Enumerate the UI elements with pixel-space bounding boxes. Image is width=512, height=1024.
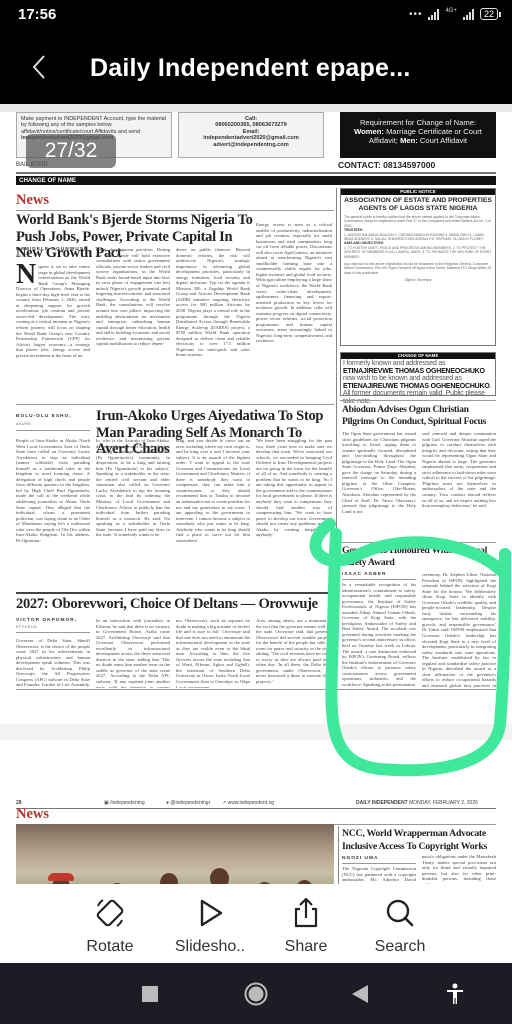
article-column: lu, who is the Asiwaju of Irun-Akoko, de… xyxy=(96,438,170,586)
article-column: ceremony, Dr. Stephen Udezi, National Pr… xyxy=(422,572,496,688)
status-bar: 17:56 ••• 4G+ 22 xyxy=(0,0,512,34)
page-counter: 27/32 xyxy=(26,134,116,168)
article-column: Area, among others, are a testament to t… xyxy=(256,618,332,688)
article-column: People of Irun-Akoko in Akoko North West… xyxy=(16,438,90,586)
slideshow-button[interactable]: Slidesho.. xyxy=(160,896,260,956)
article-text: In an interaction with journalists in Ef… xyxy=(96,618,170,688)
women-label: Women: xyxy=(354,127,384,136)
article-text: In a remarkable recognition of his admin… xyxy=(342,582,416,687)
trustees-list: 1. ADEBISI SALAMON ADAGUN 2. CHIDIMA EMM… xyxy=(344,233,492,242)
twitter-text: @independentngr xyxy=(170,800,210,806)
article-column: tional development priorities. During th… xyxy=(96,247,170,399)
article-byline: VICTOR OKPOMOR, xyxy=(16,618,77,623)
article-text: Area, among others, are a testament to t… xyxy=(256,618,332,684)
website-text: www.independent.ng xyxy=(228,800,274,806)
previous-section-strip xyxy=(0,104,512,112)
signed-text: Signed: Secretary xyxy=(344,278,492,282)
article-column: In an interaction with journalists in Ef… xyxy=(96,618,170,688)
photo-figure xyxy=(48,873,74,881)
article-column: Nigeria is set to take centre stage in g… xyxy=(16,264,90,399)
share-button[interactable]: Share xyxy=(256,896,356,956)
article-text: The Ogun State government has issued str… xyxy=(342,431,416,514)
chevron-left-icon xyxy=(30,52,48,82)
requirement-title: Requirement for Change of Name: xyxy=(360,118,476,127)
article-byline: BAMIDELE OGUNWUSI xyxy=(16,247,86,252)
search-button[interactable]: Search xyxy=(350,896,450,956)
battery-icon: 22 xyxy=(480,8,498,20)
article-column: soul renewal and deeper communion with G… xyxy=(422,431,496,541)
article-text: lu, who is the Asiwaju of Irun-Akoko, de… xyxy=(96,438,170,537)
more-dots-icon: ••• xyxy=(409,9,423,20)
accessibility-button[interactable] xyxy=(446,983,464,1010)
issue-date: MONDAY, FEBRUARY 2, 2026 xyxy=(409,800,478,806)
article-text: ceremony, Dr. Stephen Udezi, National Pr… xyxy=(422,572,496,688)
section-label-news: News xyxy=(16,192,49,209)
article-column: Governor of Delta State, Sheriff Oborevw… xyxy=(16,638,90,688)
column-divider xyxy=(336,188,337,688)
triangle-back-icon xyxy=(352,985,368,1003)
email-1: independentadvert2020@gmail.com xyxy=(203,135,299,141)
new-name: ETIENAJIREUWE THOMAS OGHENEOCHUKO xyxy=(343,383,490,390)
article-column: king, and you decide to carve out an are… xyxy=(176,438,250,586)
recents-button[interactable] xyxy=(142,986,158,1007)
change-of-name-notice: CHANGE OF NAME I formerly known and addr… xyxy=(340,352,496,396)
slideshow-label: Slidesho.. xyxy=(160,938,260,956)
facebook-handle: ▣ /independentng xyxy=(104,800,145,806)
rotate-icon xyxy=(93,896,127,930)
article-text: Energy access is seen as a critical enab… xyxy=(256,222,332,343)
play-icon xyxy=(193,896,227,930)
public-notice-box: PUBLIC NOTICE ASSOCIATION OF ESTATE AND … xyxy=(340,188,496,346)
website: ↗ www.independent.ng xyxy=(222,800,274,806)
divider xyxy=(16,430,90,431)
objection-text: Any objection to this above registration… xyxy=(344,262,492,275)
public-notice-body: The general public is hereby notified th… xyxy=(341,215,495,283)
status-time: 17:56 xyxy=(18,6,56,23)
article-text: nor Oborevwori, such an aspirant no doub… xyxy=(176,618,250,688)
former-name: ETINAJIREVWE THOMAS OGHENEOCHUKO xyxy=(343,368,485,375)
men-label: Men: xyxy=(400,136,418,145)
article-text: pacts's obligations under the Marrakesh … xyxy=(422,854,496,887)
article-dateline: LAGOS xyxy=(16,254,31,258)
name-change-requirement-box: Requirement for Change of Name: Women: M… xyxy=(340,112,496,158)
article-column: Energy access is seen as a critical enab… xyxy=(256,222,332,399)
app-title: Daily Independent epape... xyxy=(90,54,411,83)
article-column: In a remarkable recognition of his admin… xyxy=(342,582,416,688)
rotate-button[interactable]: Rotate xyxy=(60,896,160,956)
home-button[interactable] xyxy=(244,982,268,1011)
divider xyxy=(16,592,334,594)
divider xyxy=(16,808,496,809)
article-dateline: EFFURUN xyxy=(16,625,37,629)
email-2: advert@independentng.com xyxy=(213,142,288,148)
signal-icon-2 xyxy=(463,9,474,20)
page-gap xyxy=(0,724,512,740)
divider xyxy=(16,689,496,690)
article-dateline: AKURE xyxy=(16,422,31,426)
change-of-name-bar: CHANGE OF NAME xyxy=(16,176,496,185)
search-icon xyxy=(383,896,417,930)
twitter-handle: ● @independentngr xyxy=(166,800,210,806)
masthead: DAILY INDEPENDENT xyxy=(356,800,408,806)
public-notice-bar: PUBLIC NOTICE xyxy=(341,189,495,195)
drop-cap: N xyxy=(16,264,36,286)
notice-intro: The general public is hereby notified th… xyxy=(344,215,492,228)
article-column: dence on public finances. Beyond domesti… xyxy=(176,247,250,399)
contact-line: CONTACT: 08134597000 xyxy=(338,160,435,170)
divider xyxy=(16,172,496,174)
battery-level: 22 xyxy=(484,9,494,19)
back-nav-button[interactable] xyxy=(352,985,368,1008)
section-label-news: News xyxy=(16,806,49,823)
article-headline[interactable]: 2027: Oborevwori, Choice Of Deltans — Or… xyxy=(16,596,346,612)
article-text: dence on public finances. Beyond domesti… xyxy=(176,247,250,357)
article-text: soul renewal and deeper communion with G… xyxy=(422,431,496,508)
article-headline[interactable]: NCC, World Wrapperman Advocate Inclusive… xyxy=(342,828,498,853)
search-label: Search xyxy=(350,938,450,956)
advert-payment-text: Make payment to INDEPENDENT Account, typ… xyxy=(21,116,166,135)
facebook-text: /independentng xyxy=(110,800,144,806)
share-icon xyxy=(289,896,323,930)
back-button[interactable] xyxy=(30,52,58,86)
article-text: Governor of Delta State, Sheriff Oborevw… xyxy=(16,638,90,688)
share-label: Share xyxy=(256,938,356,956)
viewer-action-bar: Rotate Slidesho.. Share Search xyxy=(0,884,512,974)
article-byline: BOLU-OLU ESHO, xyxy=(16,414,72,419)
square-icon xyxy=(142,986,158,1002)
divider xyxy=(16,210,334,211)
rotate-label: Rotate xyxy=(60,938,160,956)
article-byline: NGOZI UMA xyxy=(342,856,378,861)
divider xyxy=(16,404,334,405)
article-column: 'We have been struggling for the past tw… xyxy=(256,438,332,588)
men-requirement: Court Affidavit xyxy=(420,136,467,145)
article-text: 'We have been struggling for the past tw… xyxy=(256,438,332,537)
divider xyxy=(16,632,90,633)
app-bar: Daily Independent epape... xyxy=(0,34,512,104)
aims-list: 1. TO FOSTER UNITY, PEACE AND PROGRESS A… xyxy=(344,246,492,259)
trustees-label: TRUSTEES: xyxy=(344,228,363,232)
divider xyxy=(340,400,496,401)
network-type: 4G+ xyxy=(445,8,457,14)
masthead-date: DAILY INDEPENDENT MONDAY, FEBRUARY 2, 20… xyxy=(356,800,478,806)
article-text: king, and you decide to carve out an are… xyxy=(176,438,250,543)
phone-numbers: 08060200365, 08063673279 xyxy=(215,122,287,128)
divider xyxy=(340,542,496,543)
divider xyxy=(342,579,416,580)
email-label: Email: xyxy=(243,129,260,135)
advert-contact-box: Call: 08060200365, 08063673279 Email: in… xyxy=(178,112,324,158)
home-circle-icon xyxy=(244,982,268,1006)
status-icons: ••• 4G+ 22 xyxy=(409,8,498,20)
article-column: The Ogun State government has issued str… xyxy=(342,431,416,541)
system-navigation-bar xyxy=(0,963,512,1024)
article-column: nor Oborevwori, such an aspirant no doub… xyxy=(176,618,250,688)
notice-text: I formerly known and addressed as xyxy=(343,360,445,367)
aims-label: AIMS AND OBJECTIVES: xyxy=(344,241,384,245)
call-label: Call: xyxy=(245,116,257,122)
article-text: People of Irun-Akoko in Akoko North West… xyxy=(16,438,90,543)
signal-icon xyxy=(428,9,439,20)
article-byline: ISAAC AGBER xyxy=(342,572,386,577)
notice-text: now wish to be known and addressed as xyxy=(343,375,462,382)
article-text: tional development priorities. During th… xyxy=(96,247,170,346)
divider xyxy=(342,863,416,864)
article-headline[interactable]: Abiodun Advises Ogun Christian Pilgrims … xyxy=(342,404,492,428)
public-notice-title: ASSOCIATION OF ESTATE AND PROPERTIES AGE… xyxy=(341,197,495,213)
accessibility-icon xyxy=(446,983,464,1005)
article-headline-highlighted[interactable]: Gov Ododo Honoured With National Safety … xyxy=(342,545,502,569)
newspaper-page-viewer[interactable]: Make payment to INDEPENDENT Account, typ… xyxy=(0,104,512,947)
